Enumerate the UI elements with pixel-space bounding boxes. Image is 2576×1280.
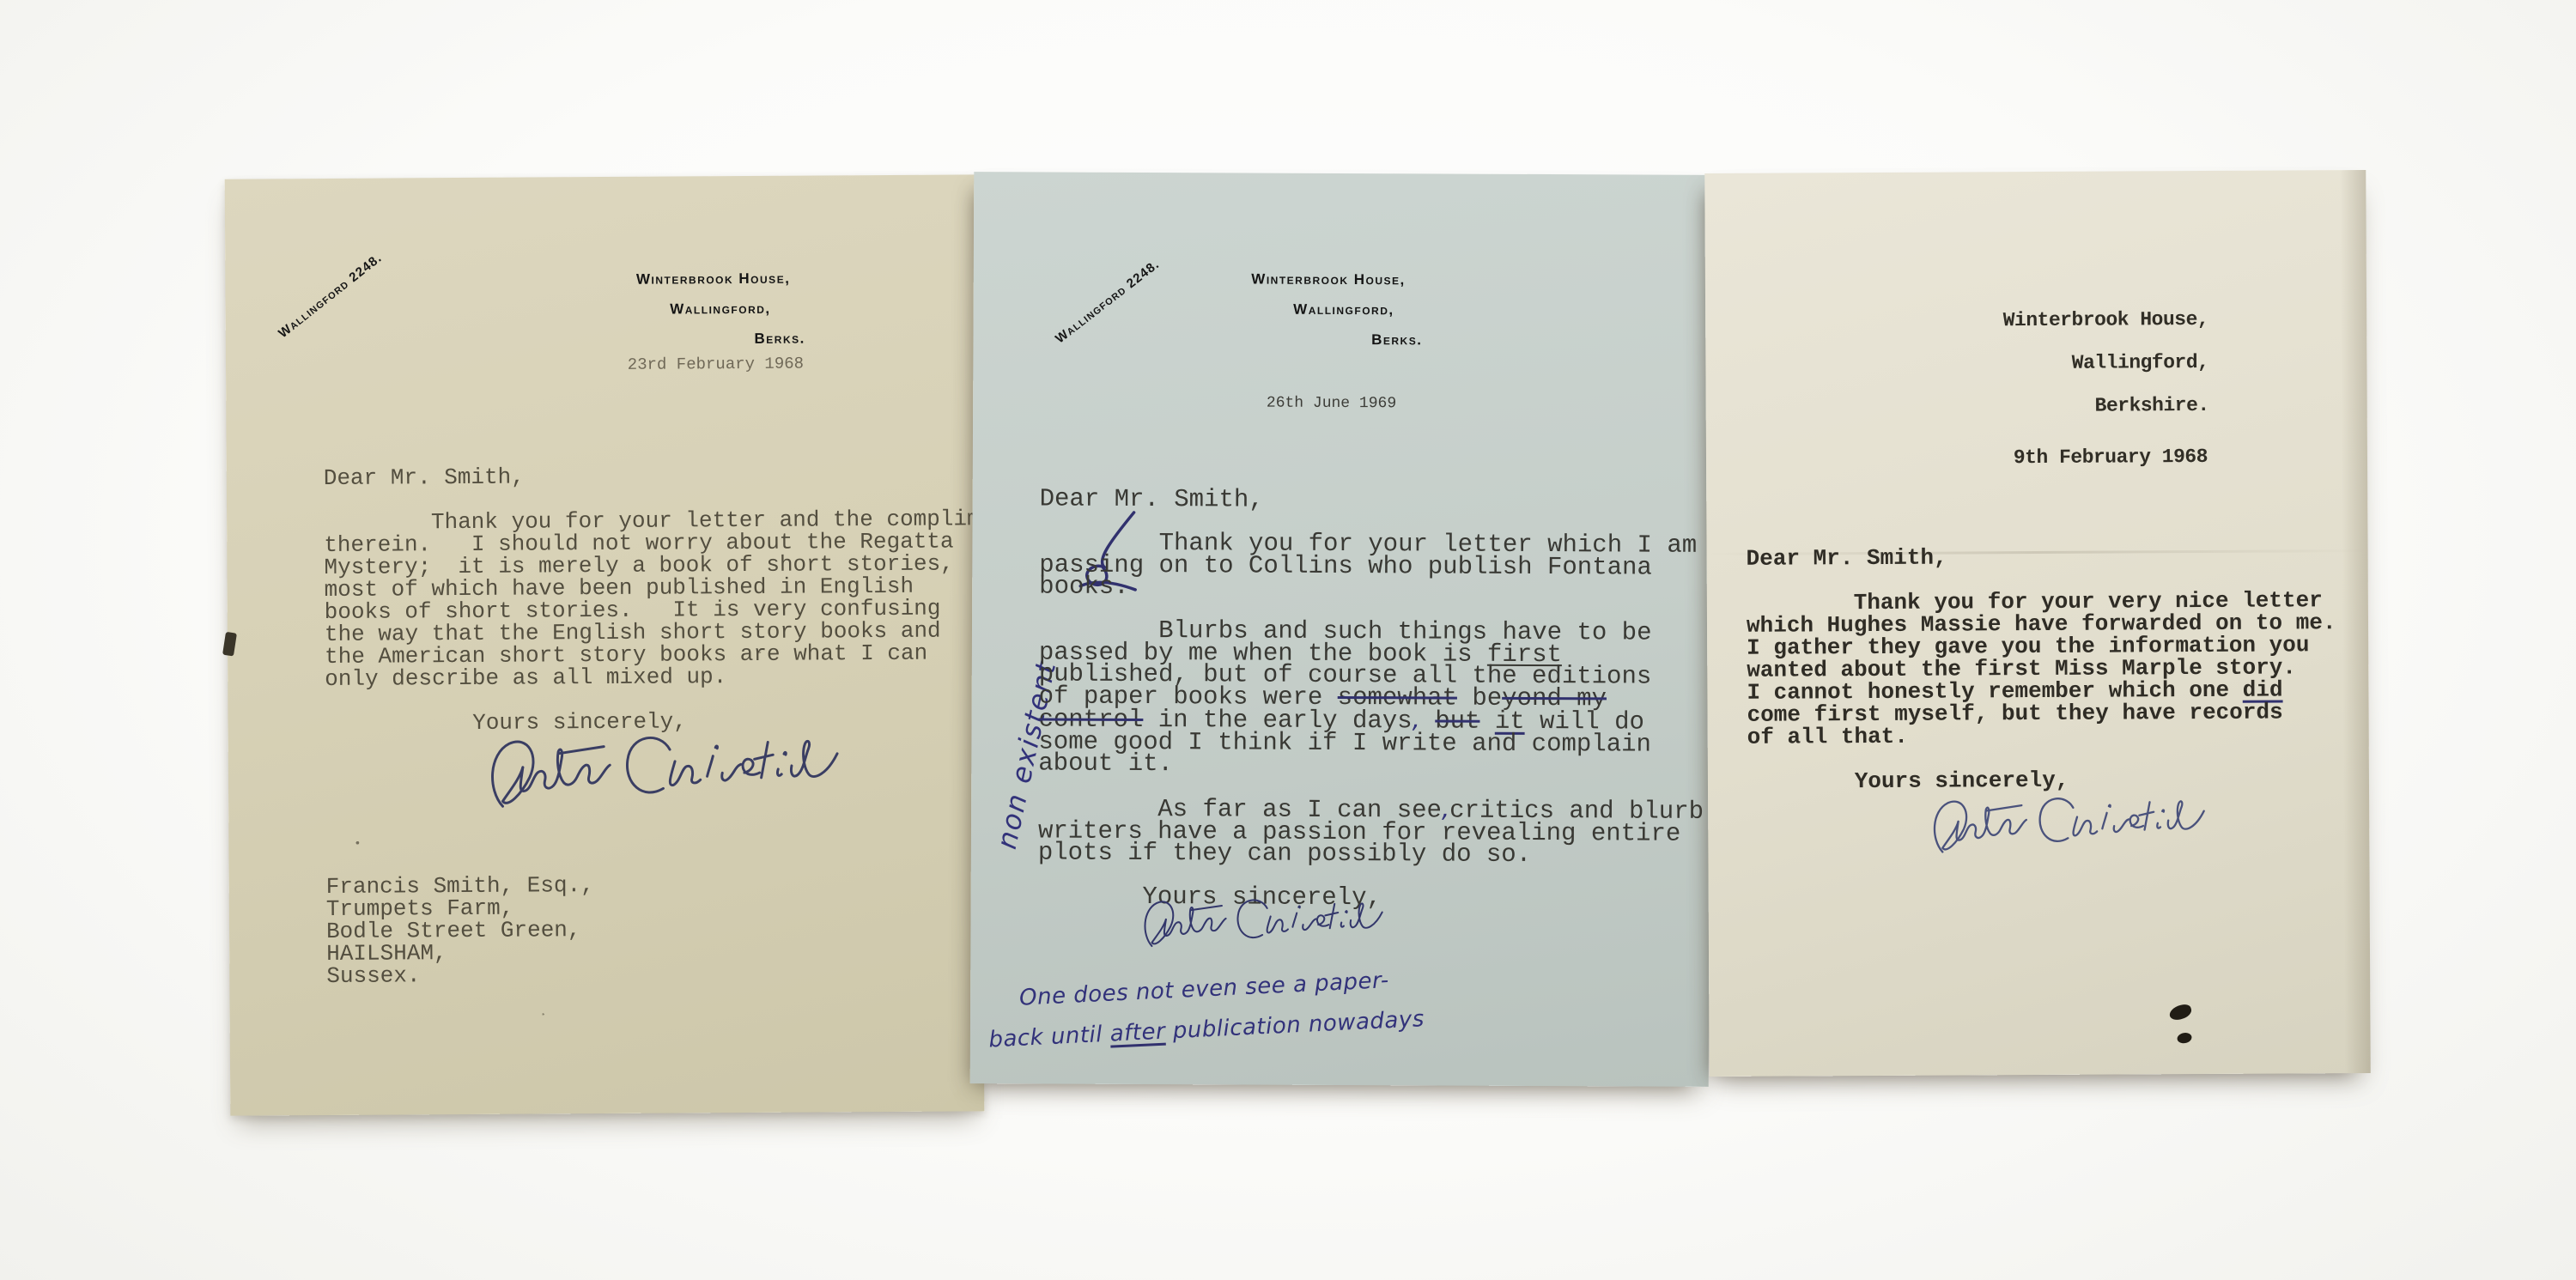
handwritten-postscript: One does not even see a paper- back unti…: [986, 959, 1425, 1060]
letterhead-line: Winterbrook House,: [225, 264, 790, 297]
letterhead: Winterbrook House, Wallingford, Berks.: [225, 264, 805, 357]
ink-blot: [2168, 1003, 2193, 1022]
letter-23-february-1968: Wallingford 2248. Winterbrook House, Wal…: [225, 174, 985, 1115]
agatha-christie-signature: [465, 723, 856, 835]
letterhead-line: Wallingford,: [226, 294, 771, 327]
letter-body: Dear Mr. Smith, Thank you for your lette…: [1038, 488, 1705, 910]
recipient-address: Francis Smith, Esq., Trumpets Farm, Bodl…: [326, 874, 595, 987]
typed-letterhead: Winterbrook House, Wallingford, Berkshir…: [1705, 298, 2209, 429]
letterhead-line: Berks.: [226, 324, 805, 357]
letter-body: Dear Mr. Smith, Thank you for your very …: [1747, 544, 2337, 793]
date-line: 23rd February 1968: [628, 355, 804, 374]
photograph-of-three-letters: Wallingford 2248. Winterbrook House, Wal…: [0, 0, 2576, 1280]
date-line: 9th February 1968: [2014, 446, 2208, 469]
letter-9-february-1968: Winterbrook House, Wallingford, Berkshir…: [1704, 170, 2370, 1077]
agatha-christie-signature: [1919, 787, 2212, 875]
paper-edge-nick: [222, 632, 237, 657]
date-line: 26th June 1969: [1267, 395, 1396, 413]
letterhead-line: Wallingford,: [1705, 341, 2208, 386]
letterhead-line: Berkshire.: [1706, 384, 2209, 429]
letterhead-line: Winterbrook House,: [1705, 298, 2208, 343]
letterhead-line: Winterbrook House,: [974, 263, 1406, 294]
letterhead-line: Berks.: [973, 323, 1422, 355]
agatha-christie-signature: [1127, 890, 1393, 967]
ink-blot: [2177, 1032, 2193, 1045]
letter-26-june-1969: Wallingford 2248. Winterbrook House, Wal…: [970, 172, 1713, 1087]
letter-body: Dear Mr. Smith, Thank you for your lette…: [324, 463, 1036, 735]
letterhead-line: Wallingford,: [974, 293, 1394, 325]
letterhead: Winterbrook House, Wallingford, Berks.: [973, 263, 1424, 355]
